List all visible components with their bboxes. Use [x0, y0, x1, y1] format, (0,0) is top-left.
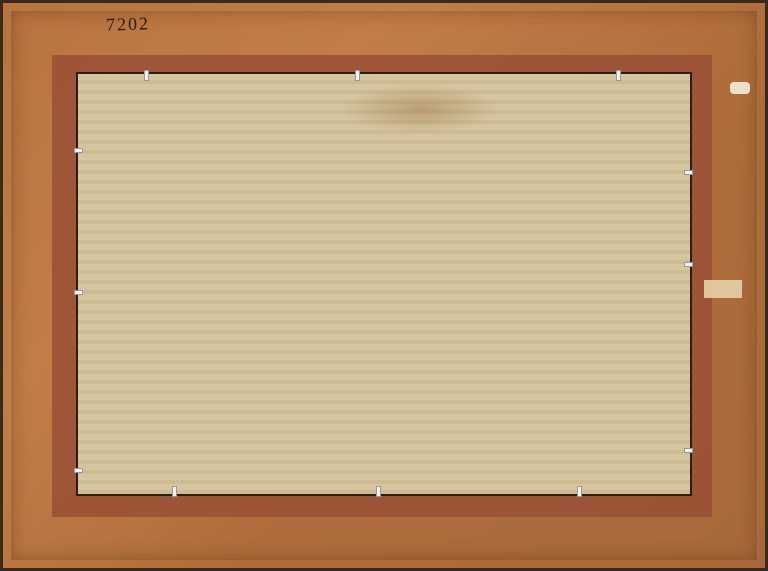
framing-point	[684, 262, 693, 267]
cardboard-backing	[76, 72, 692, 496]
label-remnant	[704, 280, 742, 298]
framing-point	[74, 148, 83, 153]
framing-point	[74, 290, 83, 295]
framing-point	[684, 170, 693, 175]
framing-point	[616, 70, 621, 81]
hanging-hook	[730, 82, 750, 94]
framing-point	[355, 70, 360, 81]
framing-point	[74, 468, 83, 473]
framing-point	[684, 448, 693, 453]
framing-point	[144, 70, 149, 81]
framing-point	[577, 486, 582, 497]
framing-point	[376, 486, 381, 497]
handwritten-inventory-number: 7202	[106, 13, 151, 36]
framing-point	[172, 486, 177, 497]
water-stain	[340, 84, 500, 134]
